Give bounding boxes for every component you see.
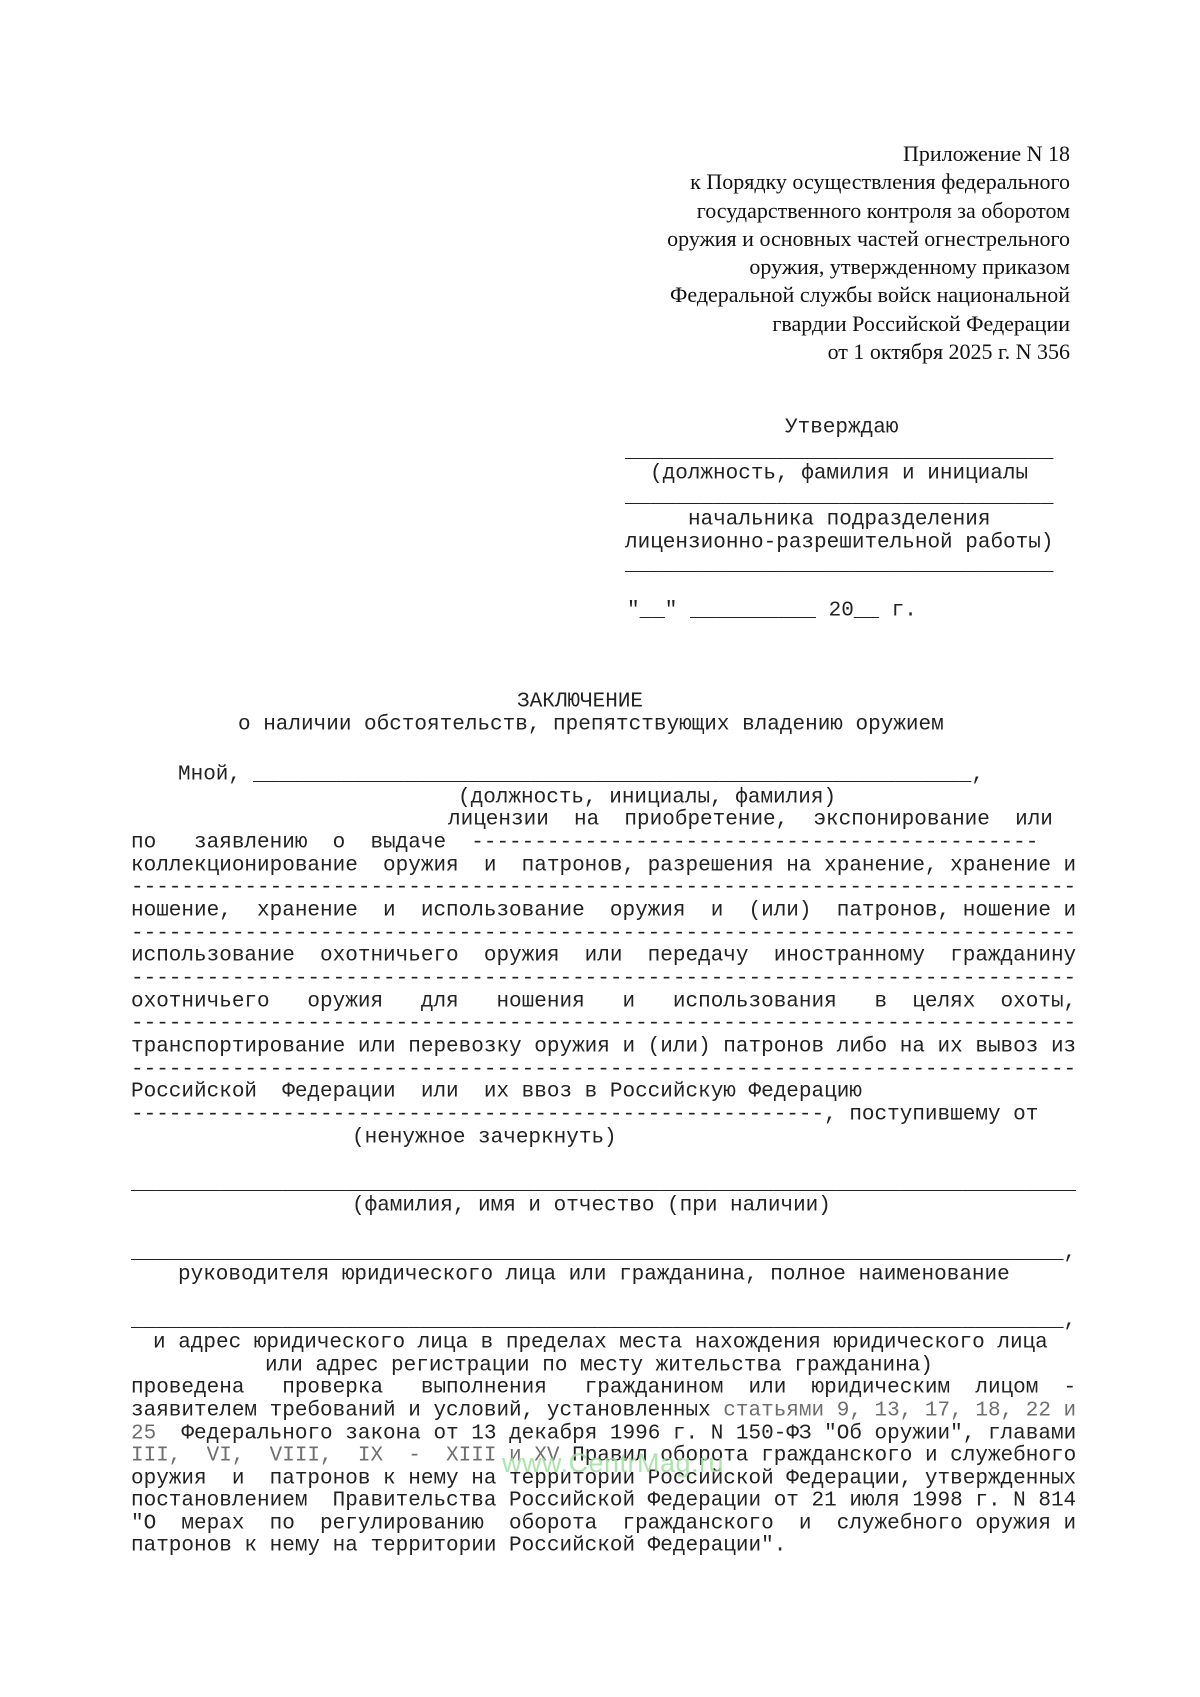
applicant-name-caption: (фамилия, имя и отчество (при наличии) — [352, 1195, 831, 1218]
header-line: оружия, утвержденному приказом — [550, 253, 1070, 281]
header-line: Федеральной службы войск национальной — [550, 281, 1070, 309]
address-caption-2: или адрес регистрации по месту жительств… — [265, 1355, 933, 1378]
appendix-header: Приложение N 18 к Порядку осуществления … — [550, 140, 1070, 366]
address-field[interactable]: ________________________________________… — [131, 1310, 1076, 1333]
paragraph-line: постановлением Правительства Российской … — [131, 1490, 1076, 1513]
paragraph-text: заявителем требований и условий, установ… — [131, 1400, 723, 1423]
paragraph-line: заявителем требований и условий, установ… — [131, 1400, 1076, 1423]
dash-line: ----------------------------------------… — [131, 1013, 1076, 1036]
law-article-25-link[interactable]: 25 — [131, 1423, 156, 1446]
dash-line: ----------------------------------------… — [131, 1059, 1076, 1082]
header-line: государственного контроля за оборотом — [550, 197, 1070, 225]
header-line: гвардии Российской Федерации — [550, 310, 1070, 338]
head-caption: руководителя юридического лица или гражд… — [178, 1264, 1010, 1287]
approval-caption-position: (должность, фамилия и инициалы — [650, 463, 1028, 486]
approval-date-field[interactable]: "__" __________ 20__ г. — [627, 600, 917, 623]
paragraph-text: Федерального закона от 13 декабря 1996 г… — [156, 1423, 1076, 1446]
rules-chapters-link[interactable]: III, VI, VIII, IX - XIII и XV — [131, 1445, 559, 1468]
dash-line: ----------------------------------------… — [131, 877, 1076, 900]
header-line: оружия и основных частей огнестрельного — [550, 225, 1070, 253]
dash-line: ----------------------------------------… — [131, 923, 1076, 946]
head-field[interactable]: ________________________________________… — [131, 1242, 1076, 1265]
law-articles-link[interactable]: статьями 9, 13, 17, 18, 22 и — [723, 1400, 1076, 1423]
approval-name-field[interactable]: __________________________________ — [625, 486, 1053, 509]
licence-line: лицензии на приобретение, экспонирование… — [448, 809, 1053, 832]
address-caption-1: и адрес юридического лица в пределах мес… — [153, 1332, 1048, 1355]
received-from-line: ----------------------------------------… — [131, 1104, 1038, 1127]
applicant-name-field[interactable]: ________________________________________… — [131, 1173, 1076, 1196]
strike-note: (ненужное зачеркнуть) — [352, 1127, 617, 1150]
paragraph-line: 25 Федерального закона от 13 декабря 199… — [131, 1423, 1076, 1446]
option-line: использование охотничьего оружия или пер… — [131, 945, 1076, 968]
application-line: по заявлению о выдаче ------------------… — [131, 832, 1038, 855]
option-line: Российской Федерации или их ввоз в Росси… — [131, 1081, 862, 1104]
paragraph-line: проведена проверка выполнения гражданино… — [131, 1377, 1076, 1400]
document-title: ЗАКЛЮЧЕНИЕ — [517, 691, 643, 714]
approval-extra-field[interactable]: __________________________________ — [625, 554, 1053, 577]
by-me-caption: (должность, инициалы, фамилия) — [458, 787, 836, 810]
approval-caption-unit: лицензионно-разрешительной работы) — [625, 532, 1053, 555]
option-line: ношение, хранение и использование оружия… — [131, 900, 1076, 923]
paragraph-line: "О мерах по регулированию оборота гражда… — [131, 1513, 1076, 1536]
header-line: к Порядку осуществления федерального — [550, 168, 1070, 196]
option-line: транспортирование или перевозку оружия и… — [131, 1036, 1076, 1059]
paragraph-line: патронов к нему на территории Российской… — [131, 1535, 786, 1558]
document-subtitle: о наличии обстоятельств, препятствующих … — [238, 714, 944, 737]
option-line: коллекционирование оружия и патронов, ра… — [131, 855, 1076, 878]
document-page: Приложение N 18 к Порядку осуществления … — [0, 0, 1200, 1697]
approval-title: Утверждаю — [785, 417, 898, 440]
dash-line: ----------------------------------------… — [131, 968, 1076, 991]
by-me-label: Мной, — [178, 764, 241, 787]
option-line: охотничьего оружия для ношения и использ… — [131, 991, 1076, 1014]
header-line: от 1 октября 2025 г. N 356 — [550, 338, 1070, 366]
approval-caption-head: начальника подразделения — [688, 509, 990, 532]
approval-signature-field[interactable]: __________________________________ — [625, 441, 1053, 464]
watermark: www.CentrMag.ru — [502, 1448, 724, 1479]
header-line: Приложение N 18 — [550, 140, 1070, 168]
by-me-field[interactable]: ________________________________________… — [253, 764, 984, 787]
